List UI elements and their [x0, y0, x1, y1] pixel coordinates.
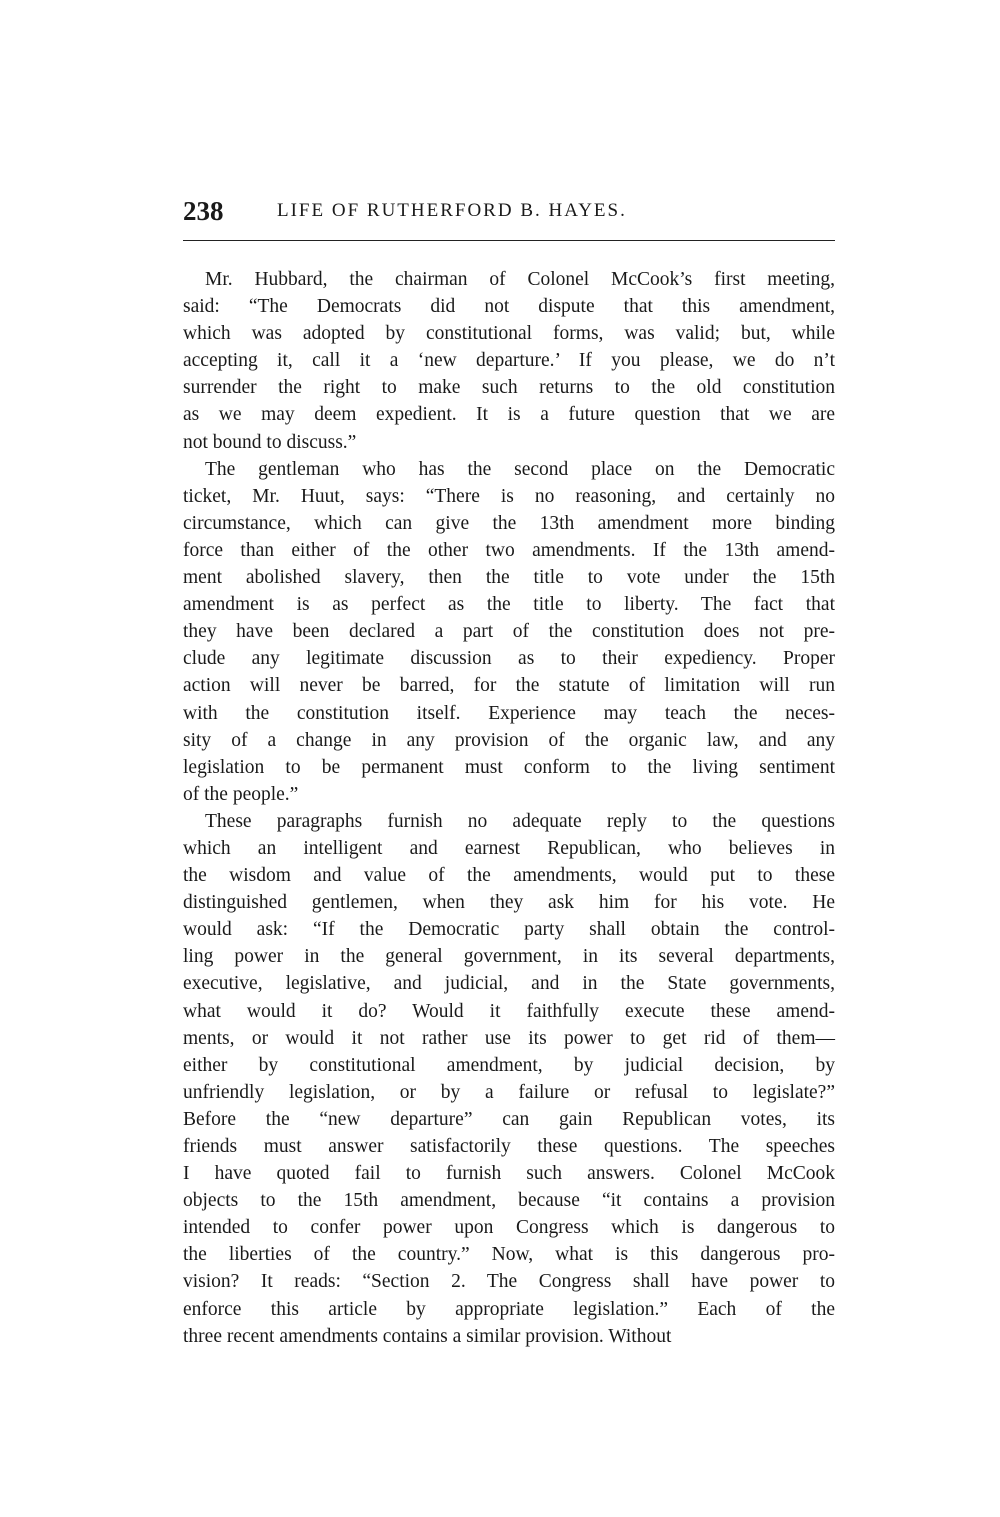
- text-line: sity of a change in any provision of the…: [183, 727, 835, 754]
- text-line: executive, legislative, and judicial, an…: [183, 970, 835, 997]
- text-line: ling power in the general government, in…: [183, 943, 835, 970]
- header-rule: [183, 240, 835, 241]
- text-line: vision? It reads: “Section 2. The Congre…: [183, 1268, 835, 1295]
- book-page: 238 LIFE OF RUTHERFORD B. HAYES. Mr. Hub…: [0, 0, 1000, 1517]
- body-text: Mr. Hubbard, the chairman of Colonel McC…: [183, 266, 835, 1350]
- page-number: 238: [183, 196, 224, 227]
- text-line: of the people.”: [183, 781, 835, 808]
- text-line: Mr. Hubbard, the chairman of Colonel McC…: [183, 266, 835, 293]
- text-line: with the constitution itself. Experience…: [183, 700, 835, 727]
- text-line: intended to confer power upon Congress w…: [183, 1214, 835, 1241]
- text-line: as we may deem expedient. It is a future…: [183, 401, 835, 428]
- text-line: three recent amendments contains a simil…: [183, 1323, 835, 1350]
- text-line: clude any legitimate discussion as to th…: [183, 645, 835, 672]
- page-header: 238 LIFE OF RUTHERFORD B. HAYES.: [183, 196, 835, 230]
- text-line: they have been declared a part of the co…: [183, 618, 835, 645]
- text-line: which an intelligent and earnest Republi…: [183, 835, 835, 862]
- text-line: circumstance, which can give the 13th am…: [183, 510, 835, 537]
- running-title: LIFE OF RUTHERFORD B. HAYES.: [277, 200, 627, 222]
- text-line: I have quoted fail to furnish such answe…: [183, 1160, 835, 1187]
- paragraph: The gentleman who has the second place o…: [183, 456, 835, 808]
- text-line: not bound to discuss.”: [183, 429, 835, 456]
- text-line: friends must answer satisfactorily these…: [183, 1133, 835, 1160]
- text-line: action will never be barred, for the sta…: [183, 672, 835, 699]
- text-line: the wisdom and value of the amendments, …: [183, 862, 835, 889]
- text-line: These paragraphs furnish no adequate rep…: [183, 808, 835, 835]
- text-line: what would it do? Would it faithfully ex…: [183, 998, 835, 1025]
- text-line: force than either of the other two amend…: [183, 537, 835, 564]
- text-line: The gentleman who has the second place o…: [183, 456, 835, 483]
- text-line: accepting it, call it a ‘new departure.’…: [183, 347, 835, 374]
- paragraph: These paragraphs furnish no adequate rep…: [183, 808, 835, 1350]
- text-line: surrender the right to make such returns…: [183, 374, 835, 401]
- text-line: legislation to be permanent must conform…: [183, 754, 835, 781]
- text-line: enforce this article by appropriate legi…: [183, 1296, 835, 1323]
- text-line: amendment is as perfect as the title to …: [183, 591, 835, 618]
- text-line: Before the “new departure” can gain Repu…: [183, 1106, 835, 1133]
- text-line: ticket, Mr. Huut, says: “There is no rea…: [183, 483, 835, 510]
- text-line: which was adopted by constitutional form…: [183, 320, 835, 347]
- text-line: said: “The Democrats did not dispute tha…: [183, 293, 835, 320]
- text-line: unfriendly legislation, or by a failure …: [183, 1079, 835, 1106]
- text-line: either by constitutional amendment, by j…: [183, 1052, 835, 1079]
- text-line: the liberties of the country.” Now, what…: [183, 1241, 835, 1268]
- text-line: objects to the 15th amendment, because “…: [183, 1187, 835, 1214]
- text-line: would ask: “If the Democratic party shal…: [183, 916, 835, 943]
- text-line: distinguished gentlemen, when they ask h…: [183, 889, 835, 916]
- text-line: ment abolished slavery, then the title t…: [183, 564, 835, 591]
- paragraph: Mr. Hubbard, the chairman of Colonel McC…: [183, 266, 835, 456]
- text-line: ments, or would it not rather use its po…: [183, 1025, 835, 1052]
